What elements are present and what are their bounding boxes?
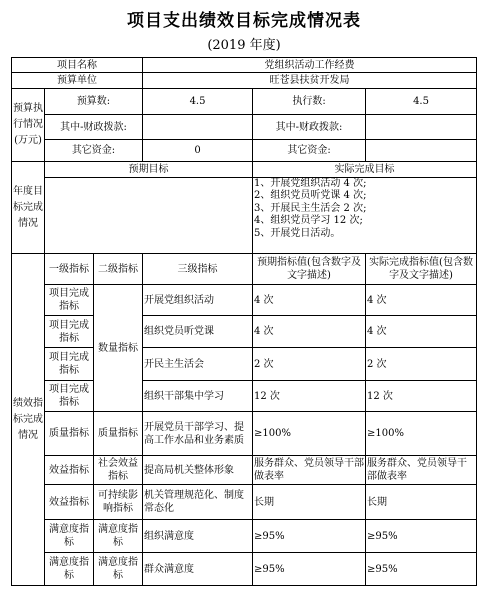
expected-value-cell: ≥100% [253, 412, 366, 456]
level3-cell: 开展党组织活动 [143, 285, 253, 316]
actual-value-cell: ≥95% [366, 553, 477, 586]
actual-goal-item: 2、组织党员听党课 4 次; [254, 190, 475, 202]
other-funds-label: 其它资金: [45, 140, 143, 162]
project-name-value: 党组织活动工作经费 [143, 58, 477, 73]
expected-value-cell: 4 次 [253, 285, 366, 316]
indicator-row: 项目完成指标 数量指标 开展党组织活动 4 次 4 次 [12, 285, 477, 316]
actual-goal-item: 5、开展党日活动。 [254, 228, 475, 240]
actual-value-cell: 长期 [366, 485, 477, 520]
performance-section-label: 绩效指标完成情况 [12, 254, 45, 586]
indicator-row: 效益指标 可持续影响指标 机关管理规范化、制度常态化 长期 长期 [12, 485, 477, 520]
expected-value-cell: 4 次 [253, 316, 366, 348]
indicator-row: 项目完成指标 开民主生活会 2 次 2 次 [12, 348, 477, 381]
quantity-indicator-cell: 数量指标 [94, 285, 143, 412]
level1-cell: 效益指标 [45, 456, 94, 485]
exec-amount-value: 4.5 [366, 89, 477, 115]
actual-value-cell: 服务群众、党员领导干部做表率 [366, 456, 477, 485]
actual-goals-header: 实际完成目标 [253, 162, 477, 178]
actual-value-header: 实际完成指标值(包含数字及文字描述) [366, 254, 477, 285]
expected-value-cell: 长期 [253, 485, 366, 520]
budget-unit-label: 预算单位 [12, 73, 143, 89]
annual-goals-header-row: 年度目标完成情况 预期目标 实际完成目标 [12, 162, 477, 178]
annual-goals-row: 1、开展党组织活动 4 次; 2、组织党员听党课 4 次; 3、开展民主生活会 … [12, 178, 477, 254]
actual-goal-item: 3、开展民主生活会 2 次; [254, 203, 475, 215]
expected-goals-text [45, 178, 253, 254]
level3-cell: 提高局机关整体形象 [143, 456, 253, 485]
indicator-row: 质量指标 质量指标 开展党员干部学习、提高工作水品和业务素质 ≥100% ≥10… [12, 412, 477, 456]
level3-cell: 群众满意度 [143, 553, 253, 586]
actual-value-cell: 12 次 [366, 381, 477, 412]
level3-cell: 开展党员干部学习、提高工作水品和业务素质 [143, 412, 253, 456]
budget-section-label: 预算执行情况(万元) [12, 89, 45, 162]
expected-value-cell: ≥95% [253, 520, 366, 553]
actual-value-cell: 4 次 [366, 316, 477, 348]
fiscal-allocation-value [143, 115, 253, 140]
performance-table: 项目名称 党组织活动工作经费 预算单位 旺苍县扶贫开发局 预算执行情况(万元) … [11, 57, 477, 586]
level3-cell: 开民主生活会 [143, 348, 253, 381]
level1-cell: 满意度指标 [45, 520, 94, 553]
level1-header: 一级指标 [45, 254, 94, 285]
expected-value-cell: ≥95% [253, 553, 366, 586]
fiscal-allocation-label: 其中-财政拨款: [45, 115, 143, 140]
budget-amount-value: 4.5 [143, 89, 253, 115]
indicator-row: 效益指标 社会效益指标 提高局机关整体形象 服务群众、党员领导干部做表率 服务群… [12, 456, 477, 485]
level2-header: 二级指标 [94, 254, 143, 285]
budget-amount-label: 预算数: [45, 89, 143, 115]
level3-cell: 组织党员听党课 [143, 316, 253, 348]
level1-cell: 项目完成指标 [45, 316, 94, 348]
expected-value-header: 预期指标值(包含数字及文字描述) [253, 254, 366, 285]
level2-cell: 可持续影响指标 [94, 485, 143, 520]
expected-value-cell: 12 次 [253, 381, 366, 412]
level1-cell: 项目完成指标 [45, 348, 94, 381]
actual-value-cell: ≥95% [366, 520, 477, 553]
actual-value-cell: ≥100% [366, 412, 477, 456]
level1-cell: 质量指标 [45, 412, 94, 456]
level3-cell: 组织干部集中学习 [143, 381, 253, 412]
expected-goals-header: 预期目标 [45, 162, 253, 178]
level1-cell: 项目完成指标 [45, 381, 94, 412]
indicator-row: 项目完成指标 组织干部集中学习 12 次 12 次 [12, 381, 477, 412]
level2-cell: 满意度指标 [94, 520, 143, 553]
indicator-row: 项目完成指标 组织党员听党课 4 次 4 次 [12, 316, 477, 348]
expected-value-cell: 服务群众、党员领导干部做表率 [253, 456, 366, 485]
level1-cell: 项目完成指标 [45, 285, 94, 316]
actual-goal-item: 1、开展党组织活动 4 次; [254, 178, 475, 190]
expected-value-cell: 2 次 [253, 348, 366, 381]
level1-cell: 效益指标 [45, 485, 94, 520]
level1-cell: 满意度指标 [45, 553, 94, 586]
level3-cell: 组织满意度 [143, 520, 253, 553]
exec-fiscal-allocation-label: 其中-财政拨款: [253, 115, 366, 140]
level2-cell: 满意度指标 [94, 553, 143, 586]
level3-header: 三级指标 [143, 254, 253, 285]
other-funds-value: 0 [143, 140, 253, 162]
project-name-row: 项目名称 党组织活动工作经费 [12, 58, 477, 73]
exec-fiscal-allocation-value [366, 115, 477, 140]
actual-value-cell: 4 次 [366, 285, 477, 316]
level3-cell: 机关管理规范化、制度常态化 [143, 485, 253, 520]
year-subtitle: (2019 年度) [0, 34, 488, 53]
exec-other-funds-value [366, 140, 477, 162]
actual-goal-item: 4、组织党员学习 12 次; [254, 215, 475, 227]
indicator-row: 满意度指标 满意度指标 组织满意度 ≥95% ≥95% [12, 520, 477, 553]
budget-row: 其它资金: 0 其它资金: [12, 140, 477, 162]
level2-cell: 社会效益指标 [94, 456, 143, 485]
page-title: 项目支出绩效目标完成情况表 [0, 6, 488, 31]
level2-cell: 质量指标 [94, 412, 143, 456]
budget-unit-row: 预算单位 旺苍县扶贫开发局 [12, 73, 477, 89]
budget-unit-value: 旺苍县扶贫开发局 [143, 73, 477, 89]
exec-other-funds-label: 其它资金: [253, 140, 366, 162]
annual-section-label: 年度目标完成情况 [12, 162, 45, 254]
budget-row: 其中-财政拨款: 其中-财政拨款: [12, 115, 477, 140]
indicator-header-row: 绩效指标完成情况 一级指标 二级指标 三级指标 预期指标值(包含数字及文字描述)… [12, 254, 477, 285]
actual-value-cell: 2 次 [366, 348, 477, 381]
indicator-row: 满意度指标 满意度指标 群众满意度 ≥95% ≥95% [12, 553, 477, 586]
actual-goals-list: 1、开展党组织活动 4 次; 2、组织党员听党课 4 次; 3、开展民主生活会 … [253, 178, 477, 254]
budget-row: 预算执行情况(万元) 预算数: 4.5 执行数: 4.5 [12, 89, 477, 115]
exec-amount-label: 执行数: [253, 89, 366, 115]
project-name-label: 项目名称 [12, 58, 143, 73]
